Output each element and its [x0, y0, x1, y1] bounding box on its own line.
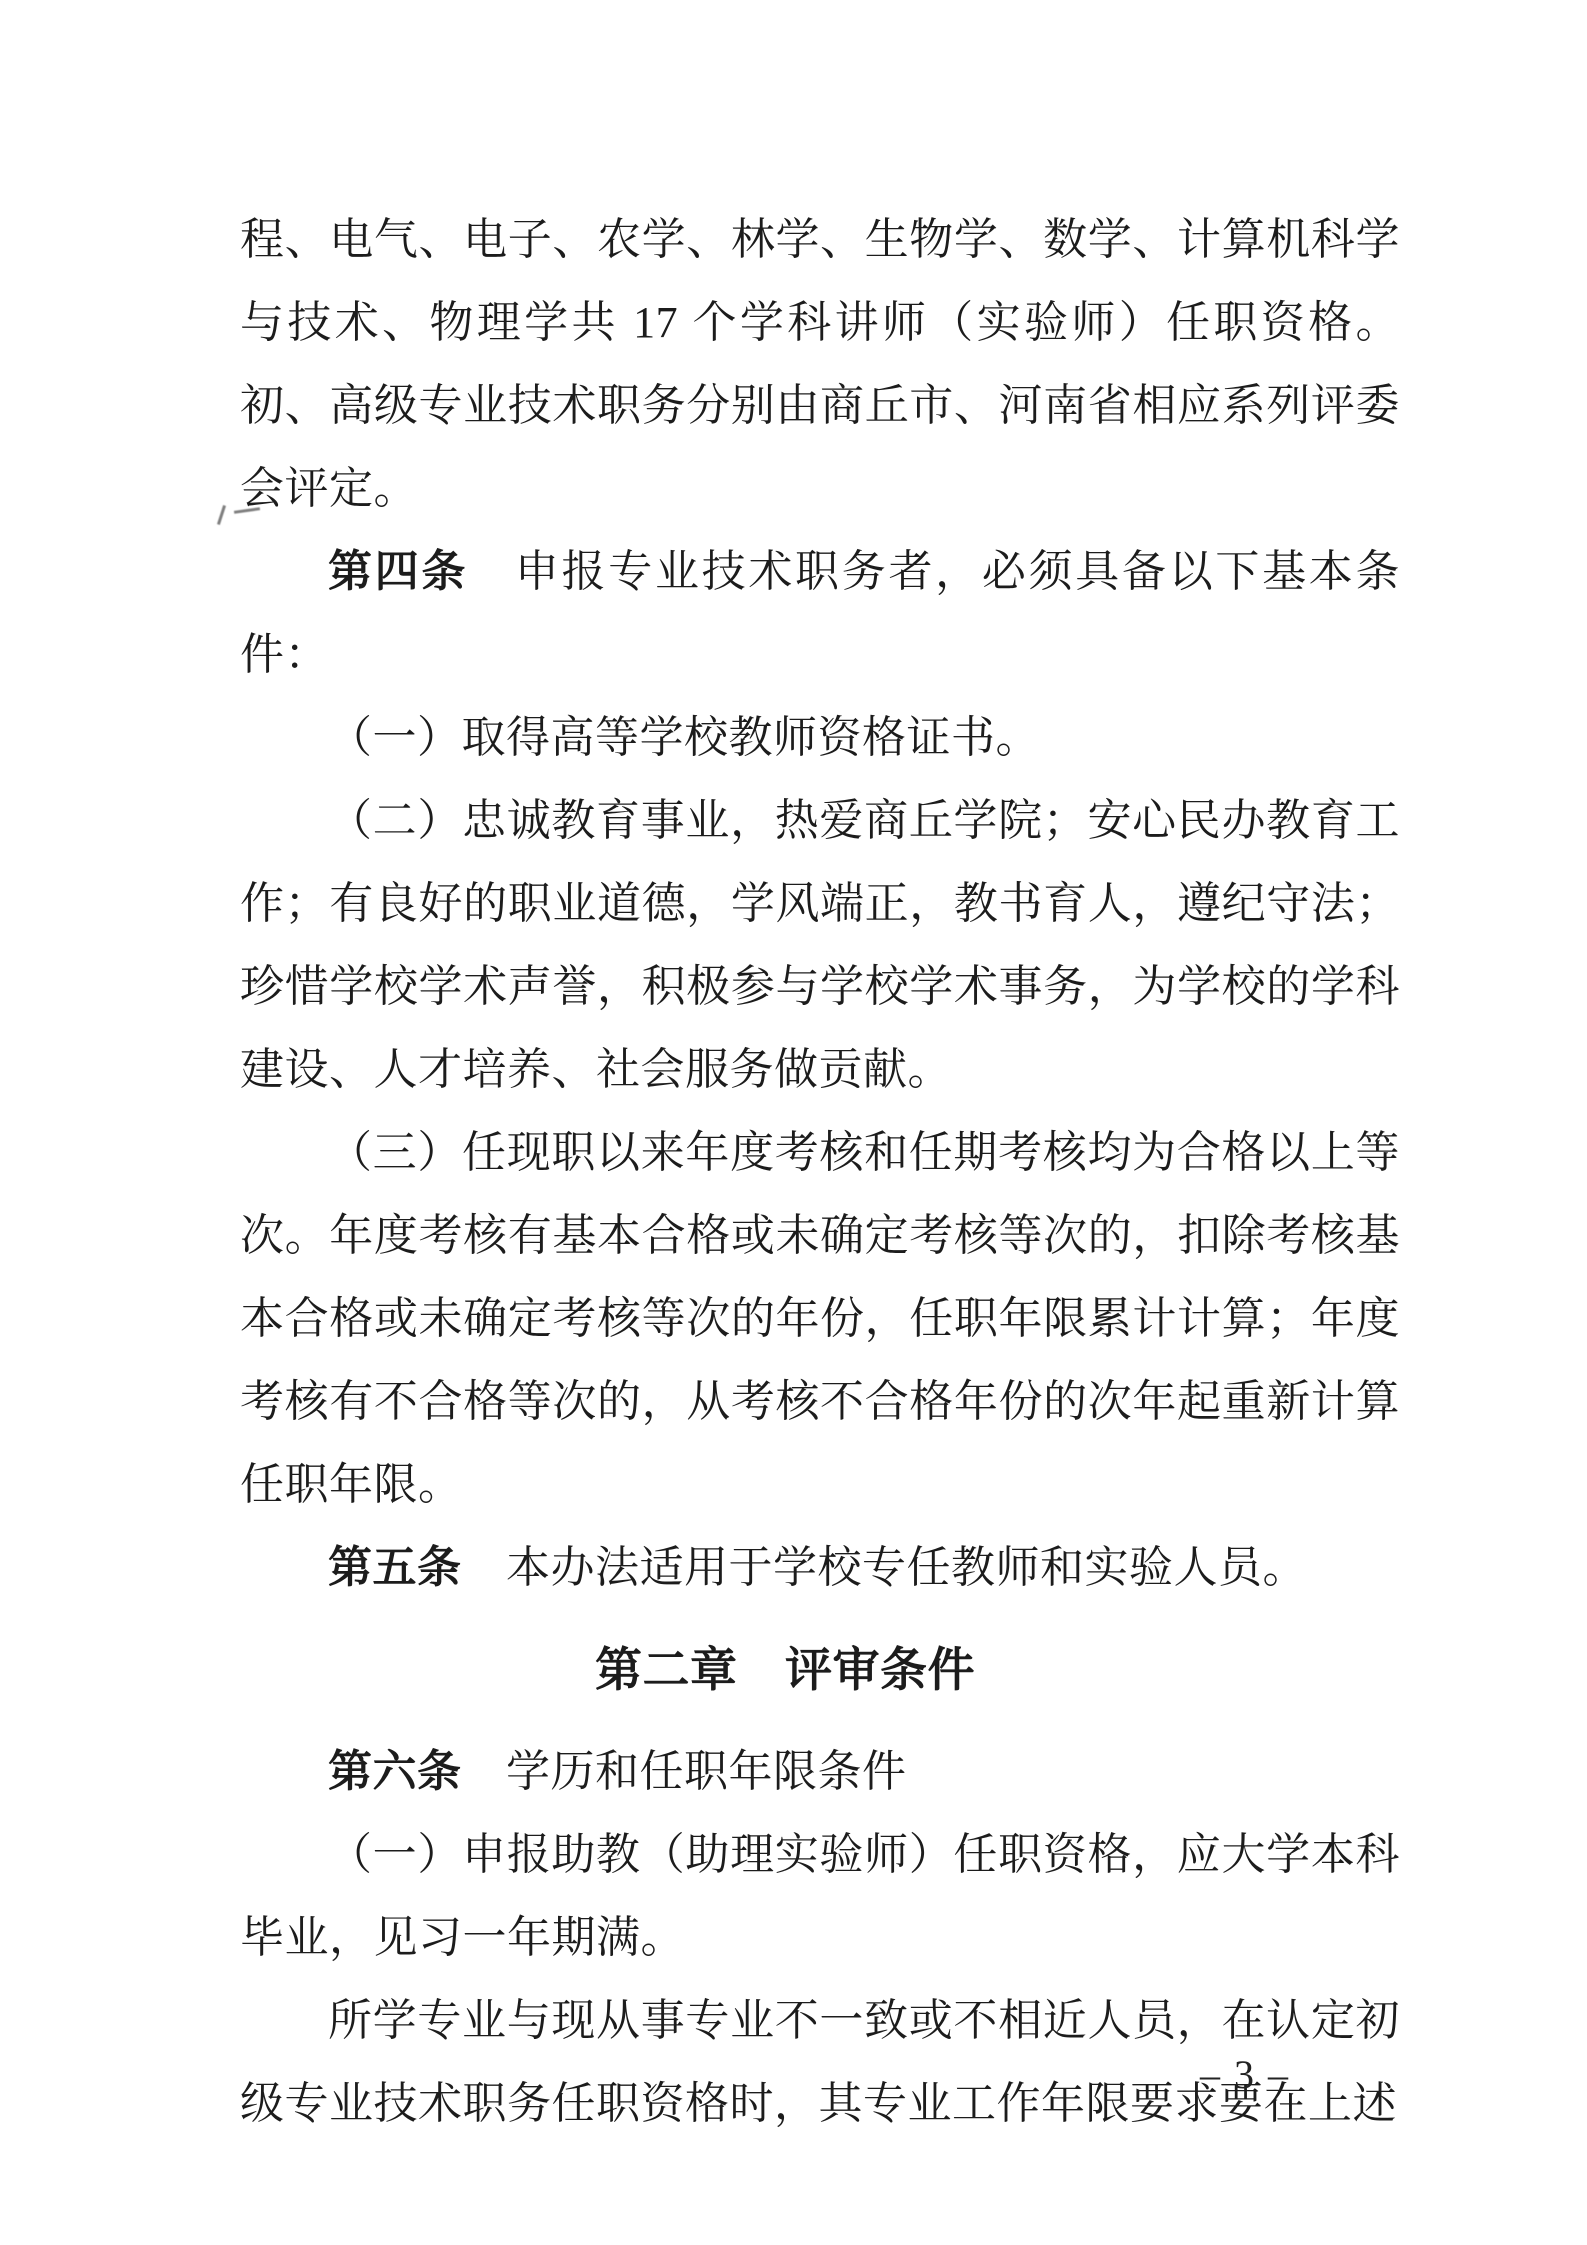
- document-body: 程、电气、电子、农学、林学、生物学、数学、计算机科学与技术、物理学共 17 个学…: [240, 198, 1400, 2145]
- article-6-label: 第六条: [328, 1747, 462, 1796]
- article-4-paragraph: 第四条 申报专业技术职务者，必须具备以下基本条件：: [240, 530, 1400, 696]
- article-5-paragraph: 第五条 本办法适用于学校专任教师和实验人员。: [240, 1526, 1400, 1609]
- item-3-paragraph: （三）任现职以来年度考核和任期考核均为合格以上等次。年度考核有基本合格或未确定考…: [240, 1111, 1400, 1526]
- article-6-text: 学历和任职年限条件: [462, 1747, 907, 1796]
- article-6-paragraph: 第六条 学历和任职年限条件: [240, 1730, 1400, 1813]
- item-1b-paragraph: （一）申报助教（助理实验师）任职资格，应大学本科毕业，见习一年期满。: [240, 1813, 1400, 1979]
- item-2-paragraph: （二）忠诚教育事业，热爱商丘学院；安心民办教育工作；有良好的职业道德，学风端正，…: [240, 779, 1400, 1111]
- page-number: – 3 –: [1200, 2052, 1290, 2098]
- document-page: 程、电气、电子、农学、林学、生物学、数学、计算机科学与技术、物理学共 17 个学…: [0, 0, 1587, 2245]
- paragraph-continuation: 程、电气、电子、农学、林学、生物学、数学、计算机科学与技术、物理学共 17 个学…: [240, 198, 1400, 530]
- chapter-2-heading: 第二章 评审条件: [170, 1630, 1400, 1713]
- article-5-label: 第五条: [328, 1543, 462, 1592]
- article-4-label: 第四条: [328, 547, 468, 596]
- item-1-paragraph: （一）取得高等学校教师资格证书。: [240, 696, 1400, 779]
- article-5-text: 本办法适用于学校专任教师和实验人员。: [462, 1543, 1308, 1592]
